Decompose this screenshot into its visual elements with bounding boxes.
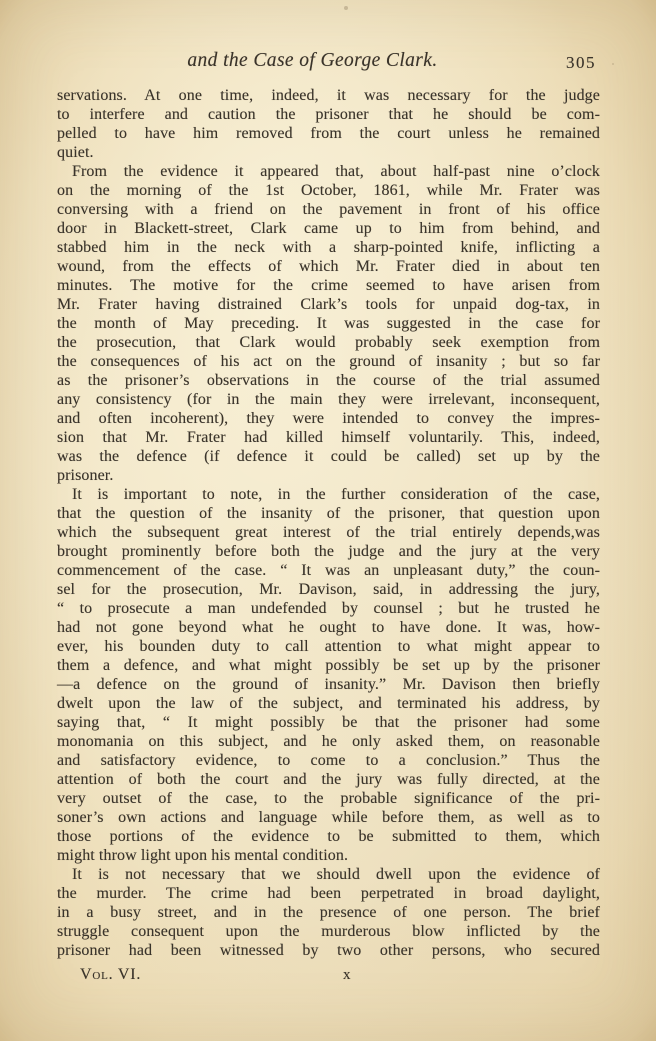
- scanned-book-page: and the Case of George Clark. 305 servat…: [0, 0, 656, 1041]
- text-line: prisoner had been witnessed by two other…: [57, 941, 600, 960]
- text-line: the month of May preceding. It was sugge…: [57, 314, 600, 333]
- text-line: brought prominently before both the judg…: [57, 542, 600, 561]
- body-text: servations. At one time, indeed, it was …: [57, 86, 600, 960]
- text-line: on the morning of the 1st October, 1861,…: [57, 181, 600, 200]
- text-line: Mr. Frater having distrained Clark’s too…: [57, 295, 600, 314]
- text-line: stabbed him in the neck with a sharp-poi…: [57, 238, 600, 257]
- text-line: It is important to note, in the further …: [57, 485, 600, 504]
- ink-speck: [344, 6, 348, 10]
- text-line: conversing with a friend on the pavement…: [57, 200, 600, 219]
- paragraph: servations. At one time, indeed, it was …: [57, 86, 600, 162]
- text-line: struggle consequent upon the murderous b…: [57, 922, 600, 941]
- text-line: dwelt upon the law of the subject, and t…: [57, 694, 600, 713]
- text-line: minutes. The motive for the crime seemed…: [57, 276, 600, 295]
- text-line: saying that, “ It might possibly be that…: [57, 713, 600, 732]
- ink-speck: [612, 63, 614, 65]
- text-line: It is not necessary that we should dwell…: [57, 865, 600, 884]
- text-line: which the subsequent great interest of t…: [57, 523, 600, 542]
- text-line: in a busy street, and in the presence of…: [57, 903, 600, 922]
- text-line: —a defence on the ground of insanity.” M…: [57, 675, 600, 694]
- text-line: might throw light upon his mental condit…: [57, 846, 600, 865]
- text-line: sel for the prosecution, Mr. Davison, sa…: [57, 580, 600, 599]
- running-title: and the Case of George Clark.: [41, 50, 584, 72]
- paragraph: From the evidence it appeared that, abou…: [57, 162, 600, 485]
- text-line: attention of both the court and the jury…: [57, 770, 600, 789]
- text-line: the consequences of his act on the groun…: [57, 352, 600, 371]
- text-line: that the question of the insanity of the…: [57, 504, 600, 523]
- text-line: From the evidence it appeared that, abou…: [57, 162, 600, 181]
- text-line: soner’s own actions and language while b…: [57, 808, 600, 827]
- paragraph: It is important to note, in the further …: [57, 485, 600, 865]
- text-line: very outset of the case, to the probable…: [57, 789, 600, 808]
- page-footer: Vol. VI. x: [57, 966, 600, 986]
- text-line: commencement of the case. “ It was an un…: [57, 561, 600, 580]
- text-line: quiet.: [57, 143, 600, 162]
- text-line: pelled to have him removed from the cour…: [57, 124, 600, 143]
- running-head: and the Case of George Clark. 305: [57, 50, 600, 76]
- text-line: servations. At one time, indeed, it was …: [57, 86, 600, 105]
- paragraph: It is not necessary that we should dwell…: [57, 865, 600, 960]
- page-number: 305: [566, 53, 596, 73]
- text-line: monomania on this subject, and he only a…: [57, 732, 600, 751]
- text-line: those portions of the evidence to be sub…: [57, 827, 600, 846]
- text-line: the prosecution, that Clark would probab…: [57, 333, 600, 352]
- text-line: and often incoherent), they were intende…: [57, 409, 600, 428]
- text-line: was the defence (if defence it could be …: [57, 447, 600, 466]
- text-line: as the prisoner’s observations in the co…: [57, 371, 600, 390]
- volume-label: Vol. VI.: [80, 966, 141, 984]
- signature-mark: x: [343, 967, 351, 984]
- text-line: sion that Mr. Frater had killed himself …: [57, 428, 600, 447]
- text-line: any consistency (for in the main they we…: [57, 390, 600, 409]
- text-line: had not gone beyond what he ought to hav…: [57, 618, 600, 637]
- text-line: ever, his bounden duty to call attention…: [57, 637, 600, 656]
- text-line: “ to prosecute a man undefended by couns…: [57, 599, 600, 618]
- text-line: them a defence, and what might possibly …: [57, 656, 600, 675]
- text-line: door in Blackett-street, Clark came up t…: [57, 219, 600, 238]
- text-line: the murder. The crime had been perpetrat…: [57, 884, 600, 903]
- text-line: wound, from the effects of which Mr. Fra…: [57, 257, 600, 276]
- text-line: to interfere and caution the prisoner th…: [57, 105, 600, 124]
- text-line: prisoner.: [57, 466, 600, 485]
- text-line: and satisfactory evidence, to come to a …: [57, 751, 600, 770]
